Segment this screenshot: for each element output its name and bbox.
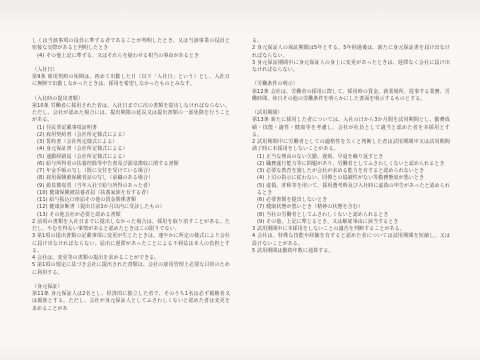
text-block-heading: （入社日） (32, 67, 230, 74)
text-block-item: (1) 住民票記載事項証明書 (32, 125, 230, 132)
text-block-item: (12) 健康診断書（提出日前3か月以内に受診したもの） (32, 204, 230, 211)
text-block-item: (7) 健康状態が悪いとき（精神の状態を含む） (252, 204, 450, 211)
text-block-item: (4) その他上記に準ずる、又はそれらを疑わせる相当の事由があるとき (32, 53, 230, 60)
text-block-para: 5 試用期間は勤続年数に通算する。 (252, 248, 450, 255)
text-block-item: (9) 源泉徴収票（当年入社で給与所得のあった者） (32, 183, 230, 190)
text-block-para: 第13条 新たに採用した者については、入社の日から3か月間を試用期間とし、勤務成… (252, 117, 450, 139)
text-block-para: 2 前項の書類を入社日までに提出しなかった場合は、採用を取り消すことがある。ただ… (32, 219, 230, 234)
text-block-para: 第9条 雇用契約の始期は、初めて出勤した日（以下「入社日」という）とし、入社日に… (32, 74, 230, 89)
text-block-para: 第10条 労働者に採用された者は、入社日までに次の書類を提出しなければならない。… (32, 103, 230, 125)
text-block-item: (8) 雇用保険被保険者証の写し（前職のある場合） (32, 175, 230, 182)
text-block-cont: しくは当該事項の役員に準ずる者であることが判明したとき、又は当該事業の役員と密接… (32, 38, 230, 53)
text-block-item: (1) 正当な理由のない欠勤、遅刻、早退を繰り返すとき (252, 154, 450, 161)
text-block-item: (4) 上司の指示に従わない、同僚との協調性がない等勤務態度が悪いとき (252, 175, 450, 182)
text-block-item: (5) 通勤経路届（会社所定様式による） (32, 154, 230, 161)
text-block-heading: （入社時の提出書類） (32, 96, 230, 103)
text-block-heading: （労働条件の明示） (252, 81, 450, 88)
text-block-item: (6) 給与所得者の扶養控除等申告書及び源泉徴収に関する書類 (32, 161, 230, 168)
page-right-column: る。2 身元保証人の保証期間は5年とする。5年経過後は、新たに身元保証書を届け出… (252, 38, 450, 255)
text-block-para: 2 身元保証人の保証期間は5年とする。5年経過後は、新たに身元保証書を届け出なけ… (252, 45, 450, 60)
text-block-item: (9) その他、上記に準じるとき、又は解雇事由に該当するとき (252, 219, 450, 226)
text-block-para: 第11条 身元保証人は2名とし、経済的に独立した者で、そのうち1名は必ず親権者又… (32, 291, 230, 313)
page-left-column: しくは当該事項の役員に準ずる者であることが判明したとき、又は当該事業の役員と密接… (32, 38, 230, 313)
text-block-para: 5 第1項の規定に基づき会社に提出された書類は、会社の雇用管理上必要な目的のため… (32, 262, 230, 277)
text-block-item: (4) 身元保証書（会社所定様式による） (32, 146, 230, 153)
text-block-para: 3 第1項の提出書類の記載事項に変更が生じたときは、速やかに所定の様式により会社… (32, 233, 230, 255)
text-block-item: (8) 当社の労働者としてふさわしくないと認められるとき (252, 212, 450, 219)
text-block-heading: （身元保証） (32, 284, 230, 291)
text-block-para: 4 会社は、特殊な技能や経験を有すると認めた者については試用期間を短縮し、又は設… (252, 233, 450, 248)
text-block-item: (5) 虚偽、詐称等を用いて、採用選考時及び入社時に虚偽の申告があったと認められ… (252, 183, 450, 198)
text-block-item: (2) 雇用契約書（会社所定様式による） (32, 132, 230, 139)
text-block-para: 第12条 会社は、労働者の採用に際して、採用時の賃金、就業場所、従事する業務、労… (252, 89, 450, 104)
text-block-para: 3 身元保証期間中に身元保証人の身上に変更があったときは、遅滞なく会社に届け出な… (252, 60, 450, 75)
text-block-item: (13) その他会社が必要と認める書類 (32, 212, 230, 219)
text-block-para: 2 試用期間中に労働者としての適格性を欠くと判断した者は試用期間中又は試用期間満… (252, 139, 450, 154)
text-block-item: (10) 健康保険被扶養者届（扶養家族を有する者） (32, 190, 230, 197)
document-spread: しくは当該事項の役員に準ずる者であることが判明したとき、又は当該事業の役員と密接… (0, 0, 480, 360)
text-block-item: (2) 職務遂行能力等に問題があり、労働者としてふさわしくないと認められるとき (252, 161, 450, 168)
